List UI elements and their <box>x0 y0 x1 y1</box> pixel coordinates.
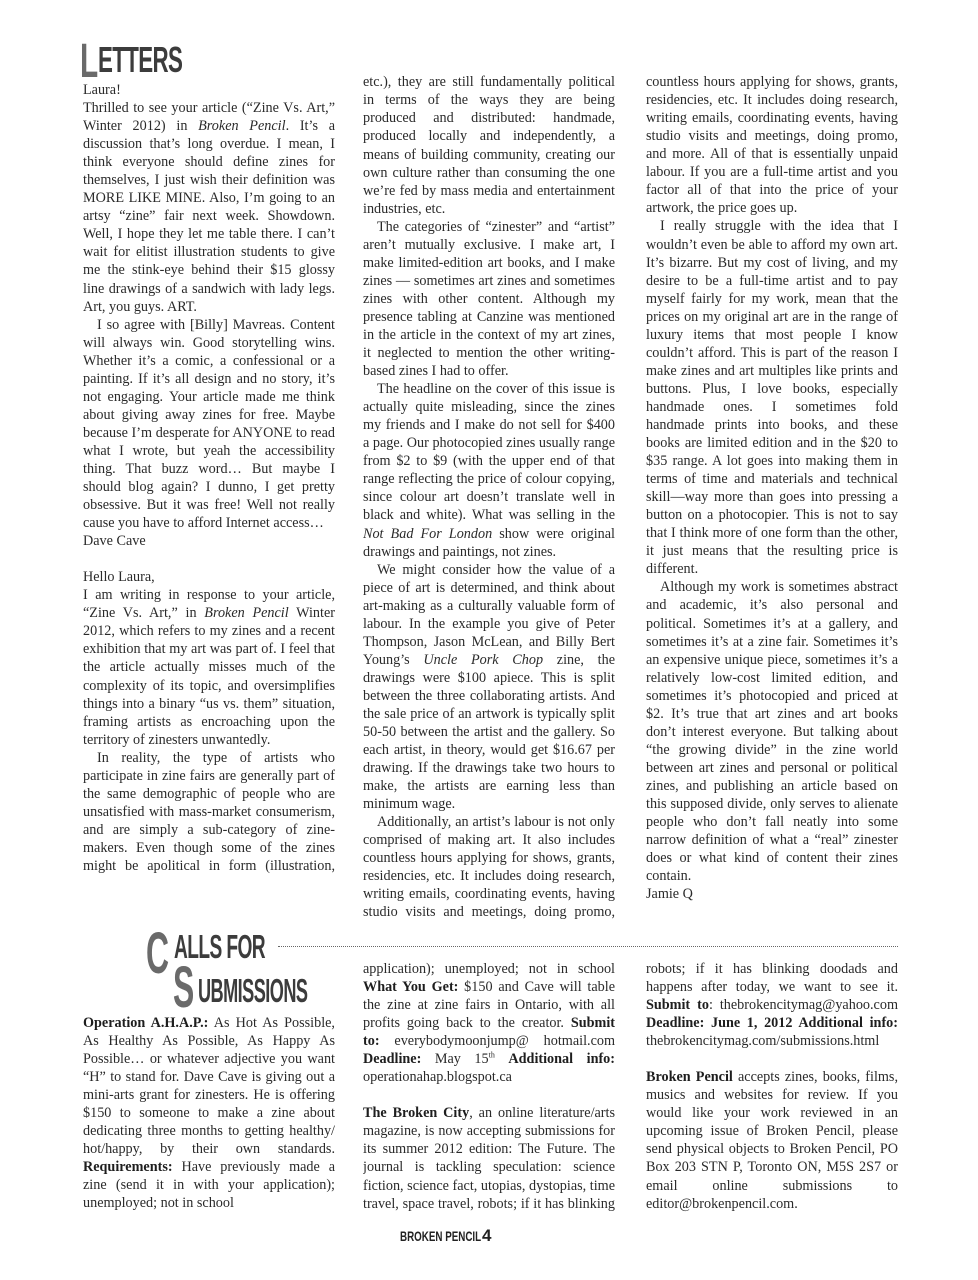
zine-title: Uncle Pork Chop <box>423 652 543 668</box>
brokencity-url[interactable]: thebrokencitymag.com/submissions.html <box>646 1033 879 1049</box>
letter2-paragraph: The headline on the cover of this issue … <box>363 380 615 560</box>
call-brokencity-continued: robots; if it has blinking doodads and h… <box>646 960 898 1050</box>
call-brokenpencil-title: Broken Pencil <box>646 1069 733 1085</box>
publication-title: Broken Pencil <box>204 605 288 621</box>
ahap-email[interactable]: everybodymoonjump@ hotmail.com <box>380 1033 615 1049</box>
ahap-url[interactable]: operationahap.blogspot.ca <box>363 1069 512 1085</box>
letter2-paragraph: The categories of “zinester” and “artist… <box>363 218 615 380</box>
letter2-paragraph: In reality, the type of artists who part… <box>83 749 335 876</box>
letter1-paragraph: I so agree with [Billy] Mavreas. Content… <box>83 316 335 533</box>
letter2-paragraph: We might consider how the value of a pie… <box>363 561 615 814</box>
page-number: 4 <box>482 1226 491 1246</box>
letter2-paragraph: I really struggle with the idea that I w… <box>646 217 898 578</box>
show-title: Not Bad For London <box>363 526 492 542</box>
calls-column-1: Operation A.H.A.P.: As Hot As Possible, … <box>83 1014 335 1214</box>
page-footer: BROKEN PENCIL 4 <box>400 1228 516 1246</box>
call-brokencity-title: The Broken City <box>363 1105 469 1121</box>
section-divider <box>278 946 898 947</box>
letters-heading-rest: ETTERS <box>98 40 182 80</box>
letter2-paragraph-continued: Additionally, an artist’s labour is not … <box>646 73 898 217</box>
call-brokencity: The Broken City, an online literature/ar… <box>363 1104 615 1214</box>
letters-column-1: Laura! Thrilled to see your article (“Zi… <box>83 81 335 876</box>
call-ahap: Operation A.H.A.P.: As Hot As Possible, … <box>83 1014 335 1213</box>
letter2-signature: Jamie Q <box>646 885 898 903</box>
letter1-signature: Dave Cave <box>83 532 335 550</box>
letter2-paragraph-continued: In reality, the type of artists who part… <box>363 73 615 218</box>
letter2-paragraph: I am writing in response to your article… <box>83 586 335 748</box>
letters-column-2: In reality, the type of artists who part… <box>363 73 615 921</box>
brokencity-email[interactable]: : thebrokencitymag@yahoo.com <box>709 997 898 1013</box>
letter2-salutation: Hello Laura, <box>83 568 335 586</box>
publication-title: Broken Pencil <box>198 118 285 134</box>
calls-column-2: application); unemployed; not in school … <box>363 960 615 1214</box>
letters-column-3: Additionally, an artist’s labour is not … <box>646 73 898 923</box>
magazine-name: BROKEN PENCIL <box>400 1228 481 1244</box>
letters-heading: LETTERS <box>80 40 234 84</box>
letters-heading-initial: L <box>80 40 98 84</box>
letter1-salutation: Laura! <box>83 81 335 99</box>
call-ahap-title: Operation A.H.A.P.: <box>83 1015 208 1031</box>
call-brokenpencil: Broken Pencil accepts zines, books, film… <box>646 1068 898 1212</box>
calls-column-3: robots; if it has blinking doodads and h… <box>646 960 898 1213</box>
call-ahap-continued: application); unemployed; not in school … <box>363 960 615 1086</box>
letter2-paragraph: Although my work is sometimes abstract a… <box>646 578 898 885</box>
letter1-paragraph: Thrilled to see your article (“Zine Vs. … <box>83 99 335 316</box>
letter2-paragraph: Additionally, an artist’s labour is not … <box>363 813 615 921</box>
